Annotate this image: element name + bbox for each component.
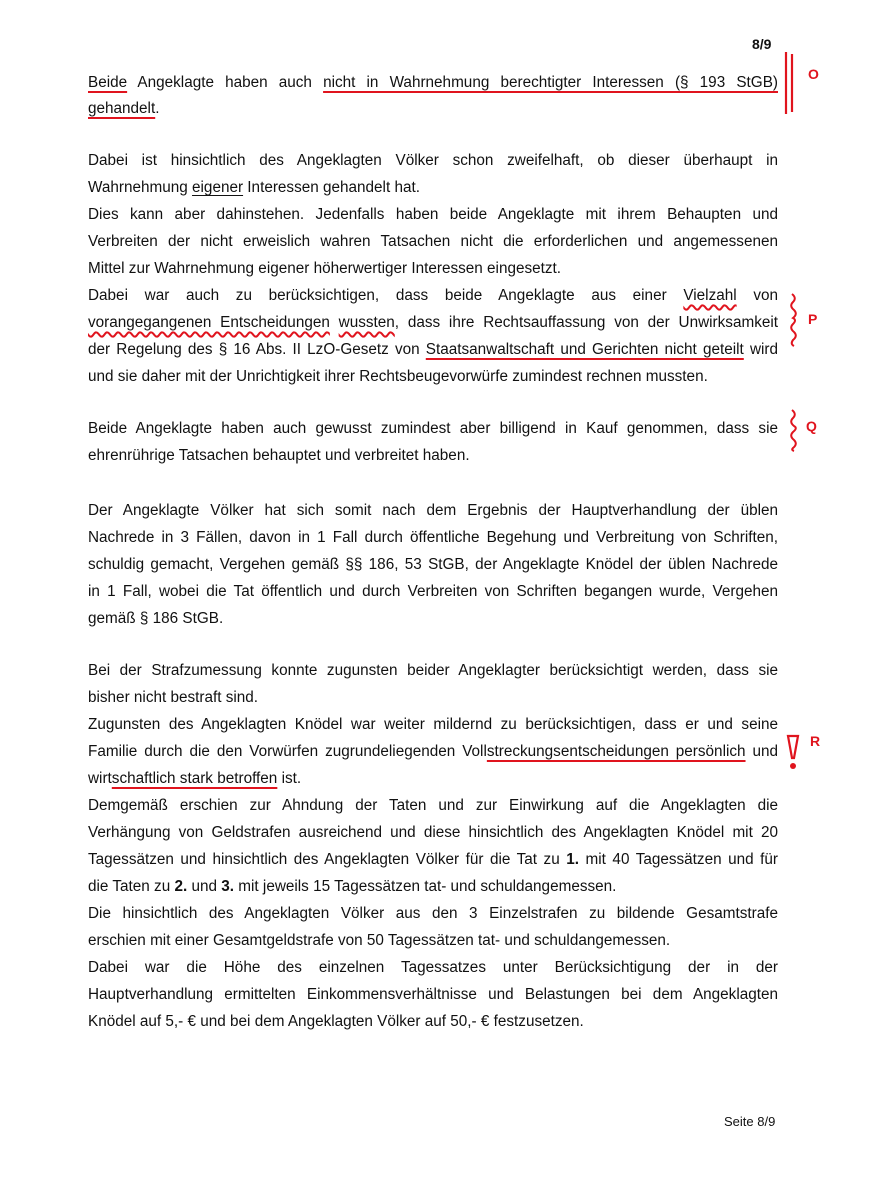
text-line: Beide Angeklagte haben auch gewusst zumi… <box>88 416 778 442</box>
wavy-brace-icon <box>786 408 802 452</box>
text-line: Hauptverhandlung ermittelten Einkommensv… <box>88 982 778 1008</box>
page-footer: Seite 8/9 <box>724 1114 775 1129</box>
text-line: Mittel zur Wahrnehmung eigener höherwert… <box>88 256 778 282</box>
text-line: Dabei war die Höhe des einzelnen Tagessa… <box>88 955 778 981</box>
text-line: gemäß § 186 StGB. <box>88 606 778 632</box>
margin-label-o: O <box>808 66 819 82</box>
text-line: Bei der Strafzumessung konnte zugunsten … <box>88 658 778 684</box>
text-line: Dies kann aber dahinstehen. Jedenfalls h… <box>88 202 778 228</box>
text-line: Die hinsichtlich des Angeklagten Völker … <box>88 901 778 927</box>
text-line: in 1 Fall, wobei die Tat öffentlich und … <box>88 579 778 605</box>
annotated-text: streckungsentscheidungen persönlich <box>487 743 746 760</box>
text-line: bisher nicht bestraft sind. <box>88 685 778 711</box>
double-line-mark-icon <box>782 50 796 116</box>
margin-label-r: R <box>810 733 820 749</box>
text-line: Demgemäß erschien zur Ahndung der Taten … <box>88 793 778 819</box>
text-line: erschien mit einer Gesamtgeldstrafe von … <box>88 928 778 954</box>
annotated-text: Staatsanwaltschaft und Gerichten nicht g… <box>426 341 744 358</box>
exclamation-mark-icon <box>784 733 802 773</box>
text-line: vorangegangenen Entscheidungen wussten, … <box>88 310 778 336</box>
text-line: Verhängung von Geldstrafen ausreichend u… <box>88 820 778 846</box>
text-line: Verbreiten der nicht erweislich wahren T… <box>88 229 778 255</box>
annotated-text: gehandelt <box>88 100 155 117</box>
wavy-brace-icon <box>786 292 802 348</box>
annotated-text: vorangegangenen Entscheidungen <box>88 314 330 331</box>
text-line: und sie daher mit der Unrichtigkeit ihre… <box>88 364 778 390</box>
text-line: Zugunsten des Angeklagten Knödel war wei… <box>88 712 778 738</box>
annotated-text: Beide <box>88 74 127 91</box>
text-line: Dabei war auch zu berücksichtigen, dass … <box>88 283 778 309</box>
text-line: Der Angeklagte Völker hat sich somit nac… <box>88 498 778 524</box>
margin-label-q: Q <box>806 418 817 434</box>
margin-label-p: P <box>808 311 817 327</box>
page-number-top: 8/9 <box>752 36 771 52</box>
annotated-text: Vielzahl <box>683 287 736 304</box>
underlined-text: eigener <box>192 179 243 196</box>
text-line: Nachrede in 3 Fällen, davon in 1 Fall du… <box>88 525 778 551</box>
text-line: Dabei ist hinsichtlich des Angeklagten V… <box>88 148 778 174</box>
text-line: schuldig gemacht, Vergehen gemäß §§ 186,… <box>88 552 778 578</box>
text-line: Wahrnehmung eigener Interessen gehandelt… <box>88 175 778 201</box>
text-line: gehandelt. <box>88 96 778 122</box>
text-line: der Regelung des § 16 Abs. II LzO-Gesetz… <box>88 337 778 363</box>
text-line: Knödel auf 5,- € und bei dem Angeklagten… <box>88 1009 778 1035</box>
text-line: wirtschaftlich stark betroffen ist. <box>88 766 778 792</box>
annotated-text: schaftlich stark betroffen <box>112 770 278 787</box>
text-line: Familie durch die den Vorwürfen zugrunde… <box>88 739 778 765</box>
annotated-text: nicht in Wahrnehmung berechtigter Intere… <box>323 74 778 91</box>
text-line: die Taten zu 2. und 3. mit jeweils 15 Ta… <box>88 874 778 900</box>
text-line: Beide Angeklagte haben auch nicht in Wah… <box>88 70 778 96</box>
text-line: ehrenrührige Tatsachen behauptet und ver… <box>88 443 778 469</box>
text-line: Tagessätzen und hinsichtlich des Angekla… <box>88 847 778 873</box>
annotated-text: wussten <box>339 314 395 331</box>
